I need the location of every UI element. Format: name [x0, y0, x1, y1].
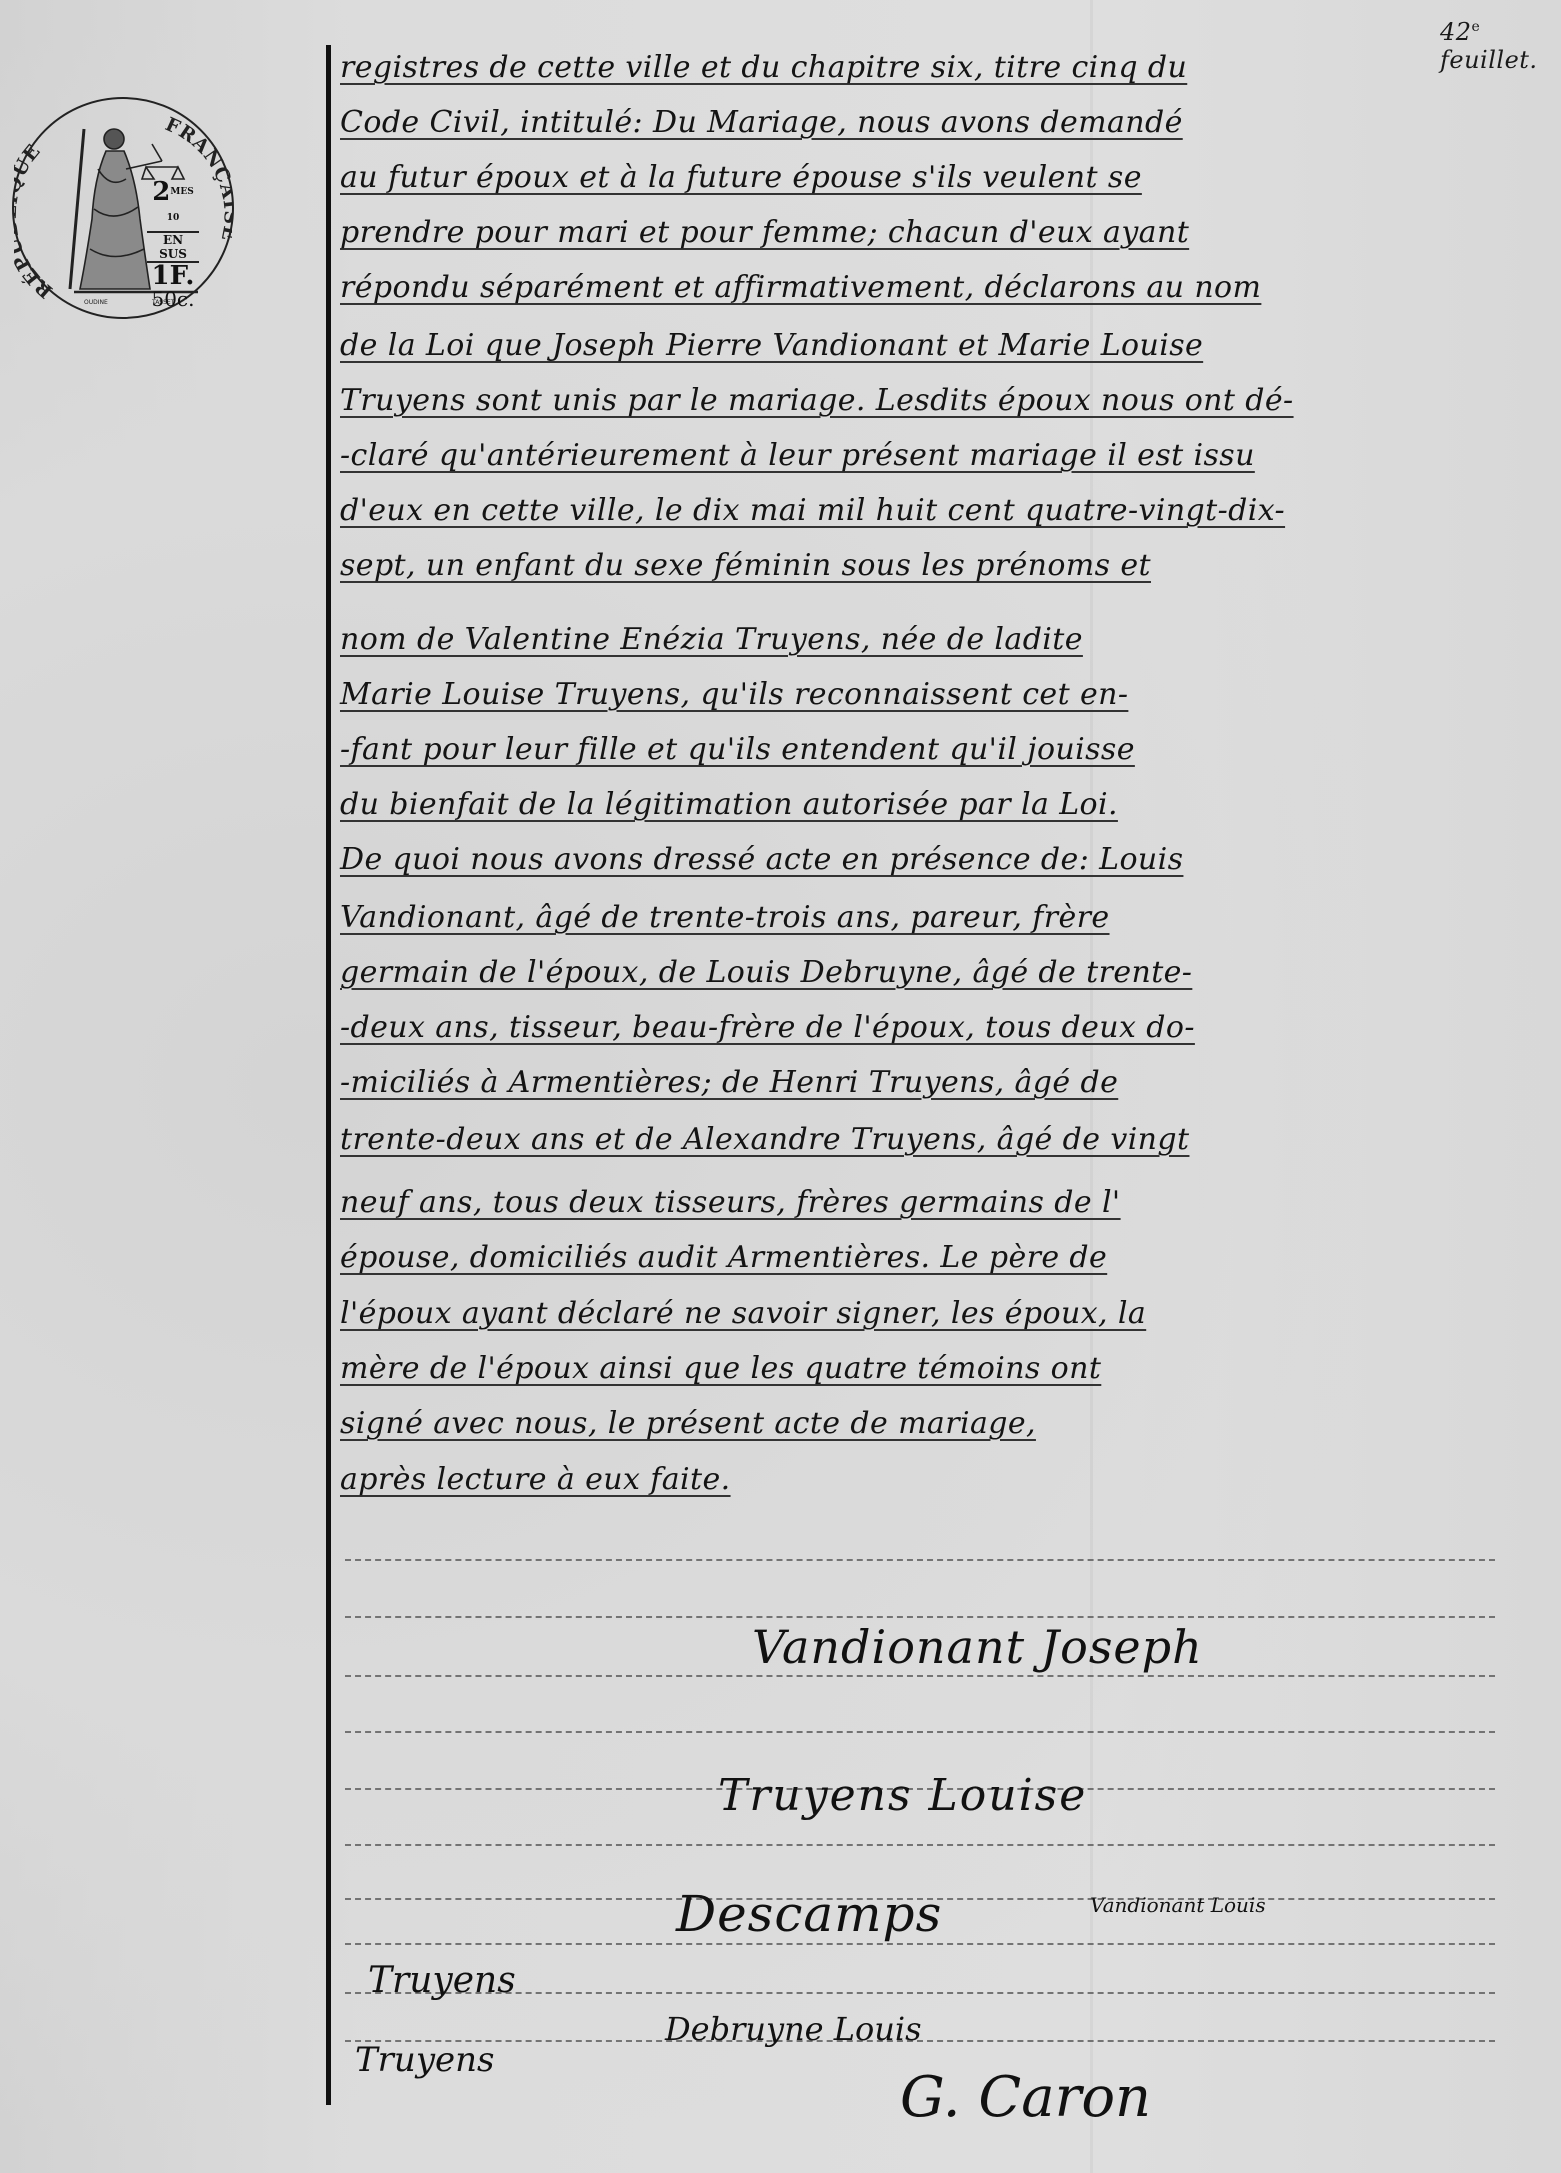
signature-witness-henri-truyens: Truyens: [368, 1960, 516, 2001]
body-line-11: nom de Valentine Enézia Truyens, née de …: [340, 622, 1500, 657]
signature-groom: Vandionant Joseph: [752, 1620, 1203, 1674]
ruled-line: [345, 1559, 1495, 1561]
body-line-1: registres de cette ville et du chapitre …: [340, 50, 1500, 85]
body-line-16: Vandionant, âgé de trente-trois ans, par…: [340, 900, 1500, 935]
folio-suffix: e: [1472, 19, 1481, 35]
body-line-23: l'époux ayant déclaré ne savoir signer, …: [340, 1296, 1500, 1331]
stamp-tax: 2MES10: [147, 179, 199, 233]
stamp-cents: 50c.: [147, 289, 199, 309]
body-line-14: du bienfait de la légitimation autorisée…: [340, 787, 1500, 822]
body-line-21: neuf ans, tous deux tisseurs, frères ger…: [340, 1185, 1500, 1220]
body-line-5: répondu séparément et affirmativement, d…: [340, 270, 1500, 305]
folio-number-value: 42: [1440, 18, 1472, 46]
body-line-26: après lecture à eux faite.: [340, 1462, 1500, 1497]
body-line-4: prendre pour mari et pour femme; chacun …: [340, 215, 1500, 250]
stamp-tax-den: 10: [167, 213, 180, 223]
signature-officer: G. Caron: [900, 2065, 1151, 2130]
body-line-7: Truyens sont unis par le mariage. Lesdit…: [340, 383, 1500, 418]
body-line-6: de la Loi que Joseph Pierre Vandionant e…: [340, 328, 1500, 363]
signature-witness-alexandre-truyens: Truyens: [355, 2040, 495, 2080]
body-line-22: épouse, domiciliés audit Armentières. Le…: [340, 1240, 1500, 1275]
body-line-8: -claré qu'antérieurement à leur présent …: [340, 438, 1500, 473]
margin-rule: [326, 45, 331, 2105]
stamp-ring-icon: RÉPUBLIQUE FRANÇAISE OUDINE TASSET: [14, 99, 232, 317]
body-line-2: Code Civil, intitulé: Du Mariage, nous a…: [340, 105, 1500, 140]
body-line-25: signé avec nous, le présent acte de mari…: [340, 1406, 1500, 1441]
body-line-12: Marie Louise Truyens, qu'ils reconnaisse…: [340, 677, 1500, 712]
stamp-en-sus: EN SUS: [147, 233, 199, 263]
signature-witness-louis-vandionant: Vandionant Louis: [1090, 1893, 1266, 1917]
ruled-line: [345, 1992, 1495, 1994]
body-line-13: -fant pour leur fille et qu'ils entenden…: [340, 732, 1500, 767]
ruled-line: [345, 1844, 1495, 1846]
ruled-line: [345, 1675, 1495, 1677]
stamp-value-box: 2MES10 EN SUS 1F. 50c.: [147, 179, 199, 309]
body-line-15: De quoi nous avons dressé acte en présen…: [340, 842, 1500, 877]
body-line-17: germain de l'époux, de Louis Debruyne, â…: [340, 955, 1500, 990]
ruled-line: [345, 1731, 1495, 1733]
stamp-tax-sup: MES: [170, 187, 193, 197]
body-line-18: -deux ans, tisseur, beau-frère de l'épou…: [340, 1010, 1500, 1045]
body-line-19: -miciliés à Armentières; de Henri Truyen…: [340, 1065, 1500, 1100]
stamp-price: 1F.: [147, 263, 199, 289]
stamp-arc-left: RÉPUBLIQUE: [14, 140, 57, 302]
body-line-24: mère de l'époux ainsi que les quatre tém…: [340, 1351, 1500, 1386]
ruled-line: [345, 1616, 1495, 1618]
signature-bride: Truyens Louise: [718, 1770, 1087, 1821]
signature-groom-mother: Descamps: [676, 1885, 942, 1943]
body-line-3: au futur époux et à la future épouse s'i…: [340, 160, 1500, 195]
signature-witness-louis-debruyne: Debruyne Louis: [665, 2010, 922, 2048]
body-line-10: sept, un enfant du sexe féminin sous les…: [340, 548, 1500, 583]
stamp-tax-num: 2: [152, 177, 170, 207]
body-line-9: d'eux en cette ville, le dix mai mil hui…: [340, 493, 1500, 528]
engraver-left: OUDINE: [84, 299, 108, 306]
body-line-20: trente-deux ans et de Alexandre Truyens,…: [340, 1122, 1500, 1157]
fiscal-stamp: RÉPUBLIQUE FRANÇAISE OUDINE TASSET 2MES1…: [12, 97, 234, 319]
ruled-line: [345, 1943, 1495, 1945]
